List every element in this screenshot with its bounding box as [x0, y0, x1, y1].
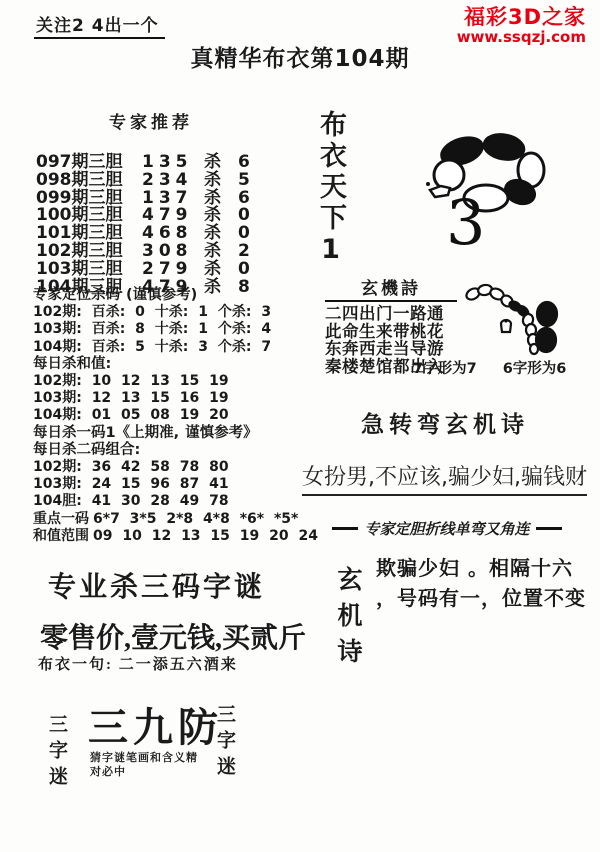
page-title: 真精华布衣第104期: [0, 40, 600, 73]
daily-one-code-line: 每日杀一码1《上期准, 谨慎参考》: [33, 425, 295, 442]
daily-two-code-line: 103期: 24 15 96 87 41: [33, 476, 295, 493]
wreath-drawing: 3: [400, 128, 570, 263]
dash-divider: [332, 527, 358, 530]
lottery-sheet-page: 关注2 4出一个 福彩3D之家 www.ssqzj.com 真精华布衣第104期…: [0, 0, 600, 852]
sum-range-line: 和值范围09 10 12 13 15 19 20 24: [33, 528, 295, 545]
kill-three-code-riddle-title: 专业杀三码字谜: [48, 565, 265, 605]
position-kill-header: 专家定位杀码 (谨慎参考): [33, 287, 295, 304]
riddle-note: 猜字谜笔画和含义精 对必中: [90, 751, 198, 779]
key-one-code-line: 重点一码6*7 3*5 2*8 4*8 *6* *5*: [33, 511, 295, 528]
price-riddle-line: 零售价,壹元钱,买贰斤: [40, 616, 306, 656]
expert-recommend-section: 专家推荐 097期三胆 135 杀 6 098期三胆 234 杀 5 099期三…: [36, 108, 266, 289]
xuanji-shi-label: 玄机诗: [330, 566, 366, 674]
daily-kill-sum-line: 104期: 01 05 08 19 20: [33, 407, 295, 424]
three-char-riddle-answer: 三九防: [88, 696, 223, 753]
three-char-riddle-label-left: 三字迷: [44, 714, 71, 792]
shape-caption: 7字形为7 6字形为6: [413, 357, 566, 378]
buyi-tianxia-label: 布衣天下1: [317, 110, 344, 269]
position-kill-line: 104期: 百杀: 5 十杀: 3 个杀: 7: [33, 339, 295, 356]
xuanji-shi-text: 欺骗少妇 。相隔十六 ，号码有一，位置不变: [376, 553, 596, 613]
xuanji-poem-line: 东奔西走当导游: [325, 340, 457, 358]
xuanji-poem-title: 玄機詩: [325, 274, 457, 302]
sharp-turn-title: 急转弯玄机诗: [300, 406, 590, 439]
buyi-sentence: 布衣一句: 二一添五六酒来: [38, 653, 238, 674]
chain-drawing: [443, 272, 593, 362]
expert-dingdan-text: 专家定胆折线单弯又角连: [364, 518, 529, 539]
key-one-code-label: 重点一码: [33, 511, 89, 527]
dash-divider: [536, 527, 562, 530]
daily-kill-sum-header: 每日杀和值:: [33, 356, 295, 373]
position-kill-line: 103期: 百杀: 8 十杀: 1 个杀: 4: [33, 321, 295, 338]
three-char-riddle-label-right: 三字迷: [212, 704, 239, 782]
recommend-row: 097期三胆 135 杀 6: [36, 147, 266, 165]
shape-caption-6: 6字形为6: [503, 357, 567, 378]
daily-two-code-line: 102期: 36 42 58 78 80: [33, 459, 295, 476]
top-attention-note: 关注2 4出一个: [34, 11, 165, 39]
daily-two-code-line: 104胆: 41 30 28 49 78: [33, 493, 295, 510]
xuanji-poem-line: 二四出门一路通: [325, 305, 457, 323]
sum-range-label: 和值范围: [33, 528, 89, 544]
site-name: 福彩3D之家: [457, 5, 586, 29]
xuanji-shi-line: ，号码有一，位置不变: [376, 583, 596, 613]
sharp-turn-line: 女扮男,不应该,骗少妇,骗钱财: [302, 460, 587, 496]
riddle-note-line: 猜字谜笔画和含义精: [90, 751, 198, 765]
key-one-code-value: 6*7 3*5 2*8 4*8 *6* *5*: [93, 511, 298, 527]
expert-recommend-header: 专家推荐: [36, 108, 266, 133]
expert-dingdan-footer: 专家定胆折线单弯又角连: [316, 518, 578, 539]
riddle-note-line: 对必中: [90, 765, 198, 779]
big-number-3: 3: [446, 186, 485, 259]
daily-two-code-header: 每日杀二码组合:: [33, 442, 295, 459]
daily-kill-sum-line: 102期: 10 12 13 15 19: [33, 373, 295, 390]
shape-caption-7: 7字形为7: [413, 357, 477, 378]
sum-range-value: 09 10 12 13 15 19 20 24: [93, 528, 318, 544]
xuanji-shi-line: 欺骗少妇 。相隔十六: [376, 553, 596, 583]
kill-data-section: 专家定位杀码 (谨慎参考) 102期: 百杀: 0 十杀: 1 个杀: 3 10…: [33, 287, 295, 545]
xuanji-poem-line: 此命生来带桃花: [325, 323, 457, 341]
position-kill-line: 102期: 百杀: 0 十杀: 1 个杀: 3: [33, 304, 295, 321]
daily-kill-sum-line: 103期: 12 13 15 16 19: [33, 390, 295, 407]
